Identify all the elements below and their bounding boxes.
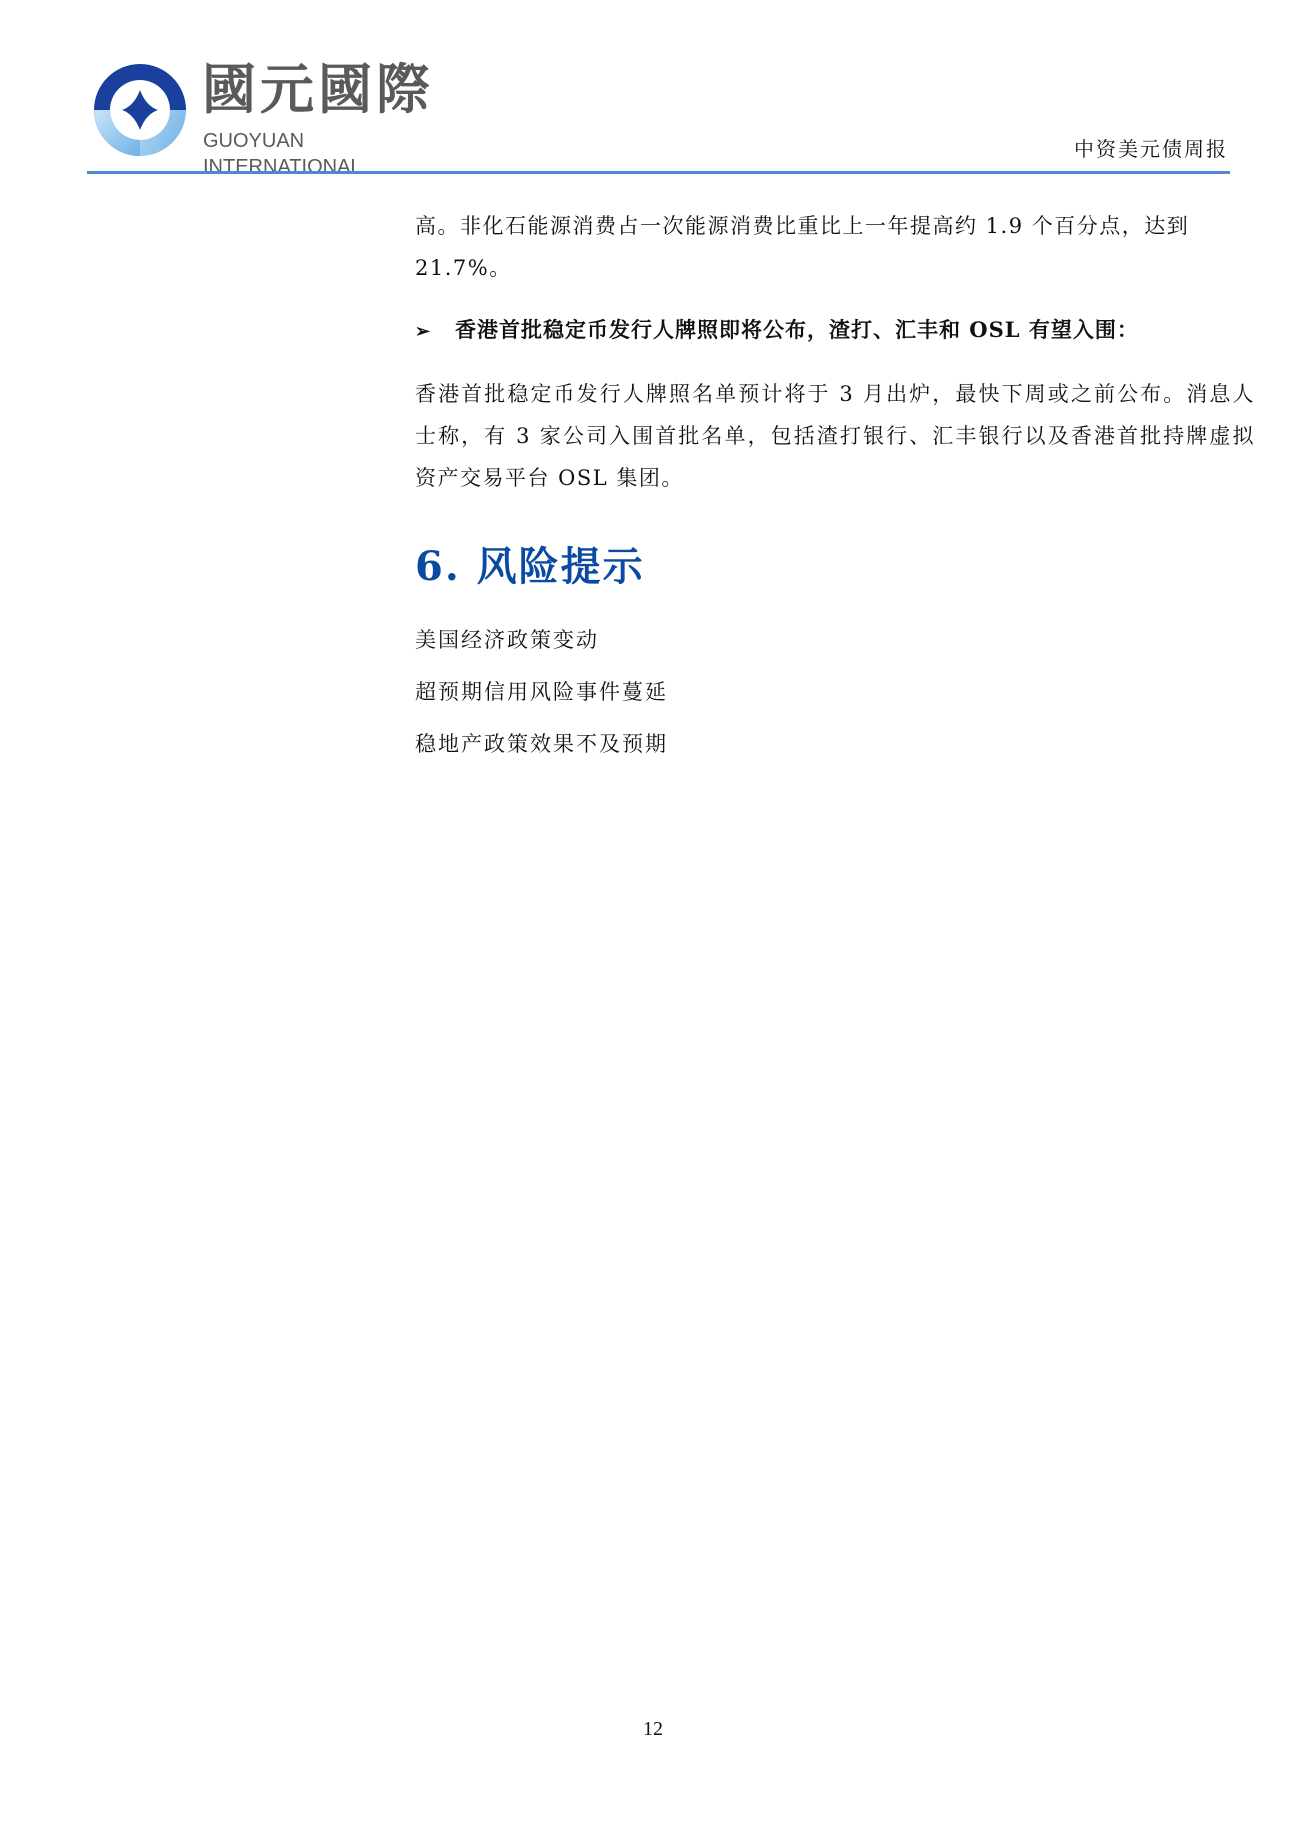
bullet-heading-stablecoin: ➢香港首批稳定币发行人牌照即将公布，渣打、汇丰和 OSL 有望入围： — [415, 309, 1255, 353]
guoyuan-logo-icon — [90, 60, 190, 160]
arrow-bullet-icon: ➢ — [415, 311, 455, 353]
risk-item: 稳地产政策效果不及预期 — [415, 729, 1255, 759]
header-divider — [87, 171, 1230, 174]
page-content: 高。非化石能源消费占一次能源消费比重比上一年提高约 1.9 个百分点，达到 21… — [415, 205, 1255, 759]
logo-chinese-name: 國元國際 — [202, 58, 434, 122]
section-heading-risk: 6. 风险提示 — [415, 539, 1255, 595]
paragraph-stablecoin: 香港首批稳定币发行人牌照名单预计将于 3 月出炉，最快下周或之前公布。消息人士称… — [415, 373, 1255, 499]
risk-item: 美国经济政策变动 — [415, 625, 1255, 655]
page-number: 12 — [0, 1718, 1306, 1741]
report-title: 中资美元债周报 — [1074, 133, 1228, 162]
bullet-heading-text: 香港首批稳定币发行人牌照即将公布，渣打、汇丰和 OSL 有望入围： — [455, 317, 1139, 342]
company-logo: 國元國際 GUOYUAN INTERNATIONAL — [90, 58, 460, 162]
risk-item: 超预期信用风险事件蔓延 — [415, 677, 1255, 707]
paragraph-energy-line1: 高。非化石能源消费占一次能源消费比重比上一年提高约 1.9 个百分点，达到 — [415, 205, 1255, 247]
paragraph-energy-line2: 21.7%。 — [415, 247, 1255, 289]
